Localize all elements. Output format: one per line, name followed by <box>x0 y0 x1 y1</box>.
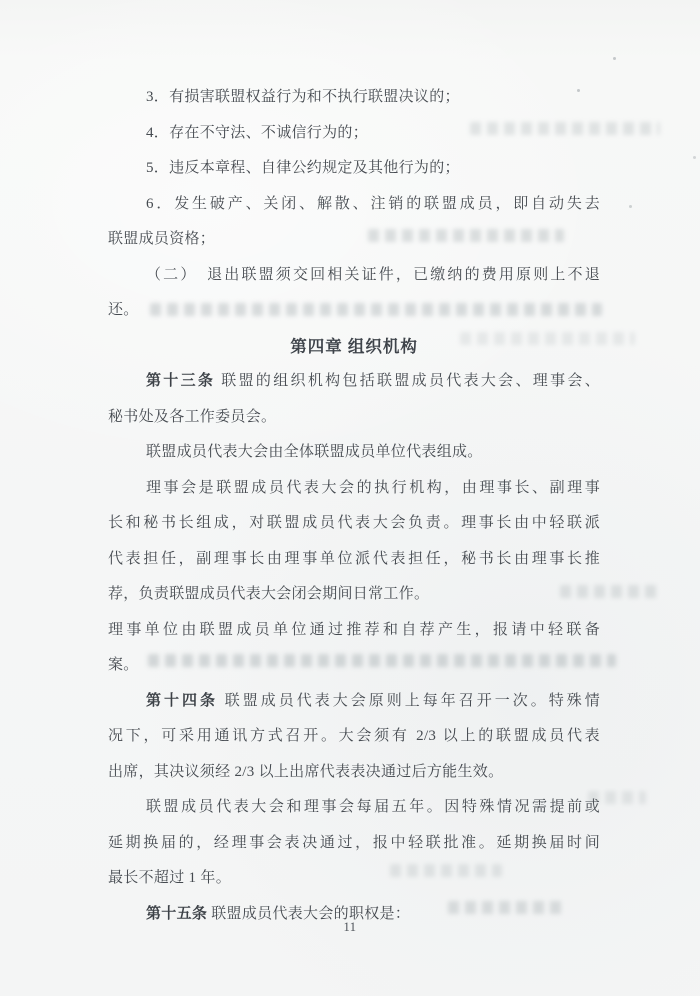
text-line: 秘书处及各工作委员会。 <box>108 400 600 436</box>
article-number: 第十四条 <box>146 693 218 709</box>
text-line: 出席，其决议须经 2/3 以上出席代表表决通过后方能生效。 <box>108 755 600 791</box>
text-line: 案。 <box>108 648 600 684</box>
text-segment: 案。 <box>108 657 139 673</box>
text-line: 况下，可采用通讯方式召开。大会须有 2/3 以上的联盟成员代表 <box>108 719 600 755</box>
text-segment: 联盟的组织机构包括联盟成员代表大会、理事会、 <box>215 373 600 389</box>
text-line: 长和秘书长组成，对联盟成员代表大会负责。理事长由中轻联派 <box>108 506 600 542</box>
text-segment: 延期换届的，经理事会表决通过，报中轻联批准。延期换届时间 <box>108 835 600 851</box>
text-line: 3．有损害联盟权益行为和不执行联盟决议的； <box>108 80 600 116</box>
text-line: 理事单位由联盟成员单位通过推荐和自荐产生，报请中轻联备 <box>108 613 600 649</box>
text-line: 联盟成员资格； <box>108 222 600 258</box>
text-segment: 联盟成员代表大会和理事会每届五年。因特殊情况需提前或 <box>146 799 600 815</box>
text-segment: 秘书处及各工作委员会。 <box>108 409 276 425</box>
text-line: 荐，负责联盟成员代表大会闭会期间日常工作。 <box>108 577 600 613</box>
scan-speck <box>693 156 696 159</box>
scan-speck <box>629 205 632 208</box>
text-line: 联盟成员代表大会由全体联盟成员单位代表组成。 <box>108 435 600 471</box>
text-segment: 联盟成员代表大会由全体联盟成员单位代表组成。 <box>146 444 483 460</box>
text-segment: 理事会是联盟成员代表大会的执行机构，由理事长、副理事 <box>146 480 600 496</box>
text-line: 还。 <box>108 293 600 329</box>
text-segment: 第四章 组织机构 <box>290 337 418 356</box>
text-segment: 4．存在不守法、不诚信行为的； <box>146 125 368 141</box>
scan-speck <box>613 57 616 60</box>
text-segment: 联盟成员代表大会原则上每年召开一次。特殊情 <box>218 693 600 709</box>
scanned-document-page: 3．有损害联盟权益行为和不执行联盟决议的；4．存在不守法、不诚信行为的；5．违反… <box>0 0 700 996</box>
text-line: 第十四条 联盟成员代表大会原则上每年召开一次。特殊情 <box>108 684 600 720</box>
text-segment: 长和秘书长组成，对联盟成员代表大会负责。理事长由中轻联派 <box>108 515 600 531</box>
text-line: 代表担任，副理事长由理事单位派代表担任，秘书长由理事长推 <box>108 542 600 578</box>
text-segment: 3．有损害联盟权益行为和不执行联盟决议的； <box>146 89 460 105</box>
text-segment: 理事单位由联盟成员单位通过推荐和自荐产生，报请中轻联备 <box>108 622 600 638</box>
text-line: 6．发生破产、关闭、解散、注销的联盟成员，即自动失去 <box>108 187 600 223</box>
text-segment: 6．发生破产、关闭、解散、注销的联盟成员，即自动失去 <box>146 196 600 212</box>
text-segment: 代表担任，副理事长由理事单位派代表担任，秘书长由理事长推 <box>108 551 600 567</box>
text-line: 4．存在不守法、不诚信行为的； <box>108 116 600 152</box>
text-segment: 5．违反本章程、自律公约规定及其他行为的； <box>146 160 460 176</box>
text-line: 第十三条 联盟的组织机构包括联盟成员代表大会、理事会、 <box>108 364 600 400</box>
text-line: 理事会是联盟成员代表大会的执行机构，由理事长、副理事 <box>108 471 600 507</box>
page-number: 11 <box>0 920 700 935</box>
text-segment: 还。 <box>108 302 139 318</box>
text-segment: 出席，其决议须经 2/3 以上出席代表表决通过后方能生效。 <box>108 764 503 780</box>
chapter-heading: 第四章 组织机构 <box>108 329 600 365</box>
text-segment: 最长不超过 1 年。 <box>108 870 231 886</box>
text-segment: 联盟成员资格； <box>108 231 215 247</box>
document-text: 3．有损害联盟权益行为和不执行联盟决议的；4．存在不守法、不诚信行为的；5．违反… <box>108 80 600 932</box>
text-line: 5．违反本章程、自律公约规定及其他行为的； <box>108 151 600 187</box>
text-segment: 况下，可采用通讯方式召开。大会须有 2/3 以上的联盟成员代表 <box>108 728 600 744</box>
text-line: 延期换届的，经理事会表决通过，报中轻联批准。延期换届时间 <box>108 826 600 862</box>
text-segment: （二） 退出联盟须交回相关证件，已缴纳的费用原则上不退 <box>146 267 600 283</box>
text-line: 联盟成员代表大会和理事会每届五年。因特殊情况需提前或 <box>108 790 600 826</box>
text-line: 最长不超过 1 年。 <box>108 861 600 897</box>
article-number: 第十三条 <box>146 373 215 389</box>
text-line: （二） 退出联盟须交回相关证件，已缴纳的费用原则上不退 <box>108 258 600 294</box>
text-segment: 荐，负责联盟成员代表大会闭会期间日常工作。 <box>108 586 429 602</box>
